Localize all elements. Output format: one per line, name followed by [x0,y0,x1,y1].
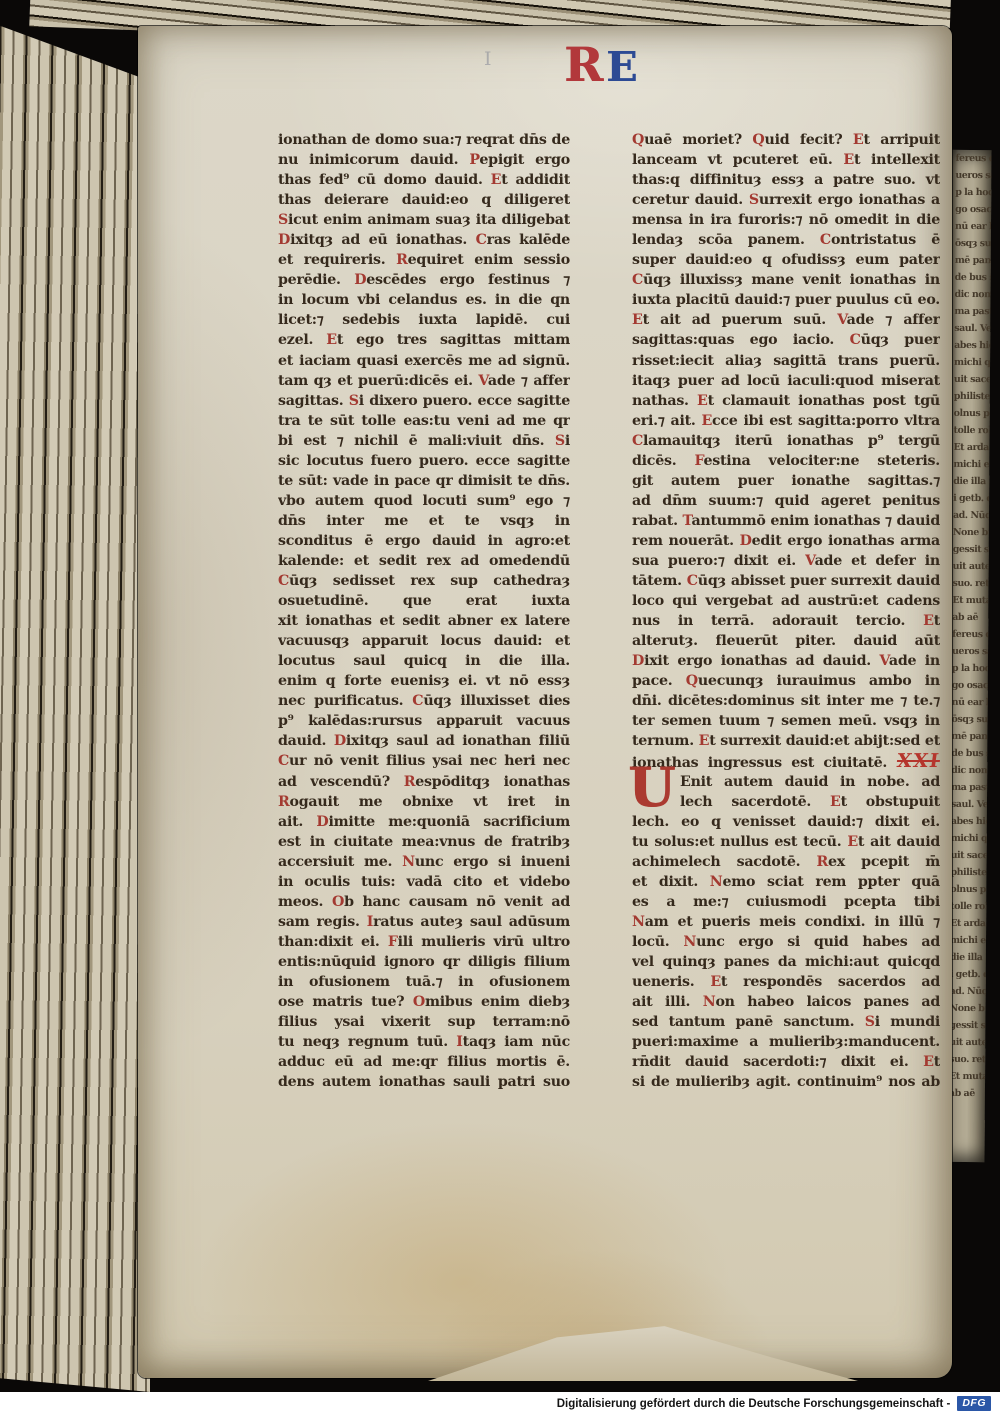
fore-edge-text-fragment: i getb. dur [950,966,986,983]
rubricated-capital: D [740,533,752,549]
fore-edge-text-fragment: ōsqȝ sub le [951,711,987,728]
rubricated-capital: E [632,312,643,328]
text-line: accersiuit me. Nunc ergo si inueni grati… [278,852,570,872]
fore-edge-text-fragment: michi eū. s [950,932,986,949]
rubricated-capital: V [879,653,888,669]
rubricated-capital: I [456,1034,462,1050]
text-line: lanceam vt pcuteret eū. Et intellexit io… [632,150,940,170]
rubricated-capital: F [388,934,398,950]
text-line: licet:⁊ sedebis iuxta lapidē. cui nomen … [278,310,570,330]
dfg-logo: DFG [957,1396,991,1411]
text-line: ionathan de domo sua:⁊ reqrat dn̄s de ma… [278,130,570,150]
text-line: thas deierare dauid:eo q diligeret illum… [278,190,570,210]
text-line: dn̄i. dicētes:dominus sit inter me ⁊ te.… [632,691,940,711]
rubricated-capital: S [555,433,565,449]
rubricated-capital: Q [686,673,698,689]
fore-edge-text-fragment: ma pasto [954,303,990,320]
rubricated-capital: R [396,252,408,268]
text-line: than:dixit ei. Fili mulieris virū ultro … [278,932,570,952]
text-line: ezel. Et ego tres sagittas mittam iuxta … [278,330,570,350]
fore-edge-text-fragment: tolle rolle [954,422,990,439]
fore-edge-text-fragment: dic nom [951,762,987,779]
fore-edge-text-fragment: uit autem [949,1034,985,1051]
fore-edge-text-fragment: philistes qu [950,864,986,881]
text-line: eri.⁊ ait. Ecce ibi est sagitta:porro vl… [632,411,940,431]
rubricated-capital: E [326,332,337,348]
text-line: lendaȝ scōa panem. Contristatus ē enim [632,230,940,250]
rubricated-capital: S [349,393,359,409]
text-line: ter semen tuum ⁊ semen meū. vsqȝ in semp… [632,711,940,731]
fore-edge-text-fragment: uit autem [953,558,989,575]
text-line: rem nouerāt. Dedit ergo ionathas arma [632,531,940,551]
fore-edge-text-fragment: tolle rolle [950,898,986,915]
rubricated-capital: N [683,934,696,950]
fore-edge-text-fragment: ōsqȝ sub le [955,235,991,252]
fore-edge-text-fragment: fereus q [952,626,988,643]
rubricated-capital: C [850,332,861,348]
rubricated-capital: O [413,994,425,1010]
text-line: sed tantum panē sanctum. Si mundi sunt [632,1012,940,1032]
text-line: si de mulieribȝ agit. continuim⁹ nos ab … [632,1072,940,1092]
rubricated-capital: S [865,1014,875,1030]
fore-edge-text-fragment: olnus p [954,405,990,422]
rubricated-capital: N [632,914,645,930]
footer-credit-bar: Digitalisierung gefördert durch die Deut… [0,1392,1000,1415]
text-line: Clamauitqȝ iterū ionathas p⁹ tergū pueri [632,431,940,451]
fore-edge-text-fragment: gessit sau [953,541,989,558]
fore-edge-text-fragment: abes hic s [954,337,990,354]
text-line: locū. Nunc ergo si quid habes ad manum. [632,932,940,952]
text-line: sconditus ē ergo dauid in agro:et venert [278,531,570,551]
text-line: Dixitqȝ ad eū ionathas. Cras kalēde sūt: [278,230,570,250]
rubricated-capital: D [278,232,290,248]
text-line: lech. eo q venisset dauid:⁊ dixit ei. Qu… [632,812,940,832]
running-title-letter-e: E [606,43,640,91]
text-line: adduc eū ad me:qr filius mortis ē. Respō… [278,1052,570,1072]
fore-edge-text-fragment: nū ear bi p [955,218,991,235]
fore-edge-text-fragment: michi qȝ [954,354,990,371]
text-line: es a me:⁊ cuiusmodi pcepta tibi dederim. [632,892,940,912]
text-line: thas fed⁹ cū domo dauid. Et addidit ion̄ [278,170,570,190]
rubricated-capital: E [847,834,858,850]
text-line: ueneris. Et respondēs sacerdos ad dauid: [632,972,940,992]
text-line: tra te sūt tolle eas:tu veni ad me qr pa… [278,411,570,431]
rubricated-capital: C [687,573,698,589]
text-line: et dixit. Nemo sciat rem ppter quā missu… [632,872,940,892]
fore-edge-text-fragment: saul. Ver an [954,320,990,337]
fore-edge-text-fragment: michi eū. s [953,456,989,473]
text-line: meos. Ob hanc causam nō venit ad men- [278,892,570,912]
text-line: bi est ⁊ nichil ē mali:viuit dn̄s. Si au… [278,431,570,451]
text-line: Quaē moriet? Quid fecit? Et arripuit sau… [632,130,940,150]
footer-credit-text: Digitalisierung gefördert durch die Deut… [557,1398,951,1410]
rubricated-capital: E [699,733,710,749]
rubricated-capital: E [853,132,864,148]
fore-edge-text-fragment: die illa a s [953,473,989,490]
rubricated-capital: C [278,753,289,769]
rubricated-capital: E [923,613,934,629]
text-line: tātem. Cūqȝ abisset puer surrexit dauid … [632,571,940,591]
text-line: est in ciuitate mea:vnus de fratribȝ mei… [278,832,570,852]
rubricated-capital: C [278,573,289,589]
text-line: p⁹ kalēdas:rursus apparuit vacuus loc⁹ [278,711,570,731]
rubricated-capital: E [830,794,841,810]
fore-edge-text-fragment: gessit sau [949,1017,985,1034]
text-line: ad vescendū? Respōditqȝ ionathas sauli: [278,772,570,792]
text-line: sua puero:⁊ dixit ei. Vade et defer in c… [632,551,940,571]
text-line: nec purificatus. Cūqȝ illuxisset dies sc… [278,691,570,711]
text-line: vacuusqȝ apparuit locus dauid: et non ē [278,631,570,651]
fore-edge-text-fragment: mē panes [951,728,987,745]
rubricated-capital: E [701,413,712,429]
text-line: ad dn̄m suum:⁊ quid ageret penitus igno- [632,491,940,511]
text-line: dens autem ionathas sauli patri suo ait. [278,1072,570,1092]
rubricated-capital: C [412,693,423,709]
text-line: super dauid:eo q ofudissȝ eum pater suus… [632,250,940,270]
rubricated-capital: N [710,874,723,890]
text-line: et requireris. Requiret enim sessio tua … [278,250,570,270]
text-line: loco qui vergebat ad austrū:et cadens p- [632,591,940,611]
fore-edge-text-fragment: nū ear bi p [952,694,988,711]
rubricated-capital: F [694,453,703,469]
fore-edge-text-fragment: suo. retim [949,1051,985,1068]
manuscript-page: I RE ionathan de domo sua:⁊ reqrat dn̄s … [138,26,952,1378]
text-line: iuxta placitū dauid:⁊ puer puulus cū eo. [632,290,940,310]
page-corner-fold [428,1325,858,1381]
fore-edge-text-fragment: olnus p [950,881,986,898]
fore-edge-text-fragment: Et ardam [950,915,986,932]
text-line: in ofusionem tuā.⁊ in ofusionem ignomini… [278,972,570,992]
text-line: in locum vbi celandus es. in die qn opar… [278,290,570,310]
fore-edge-text-fragment: go osacer [952,677,988,694]
text-line: Dixit ergo ionathas ad dauid. Vade in [632,651,940,671]
chapter-drop-cap: U [628,764,675,810]
text-line: sic locutus fuero puero. ecce sagitte vl… [278,451,570,471]
text-line: Nam et pueris meis condixi. in illū ⁊ il… [632,912,940,932]
running-title: RE [564,42,640,89]
text-line: dn̄s inter me et te vsqȝ in sempiternū. … [278,511,570,531]
text-line: in oculis tuis: vadā cito et videbo frat… [278,872,570,892]
rubricated-capital: V [837,312,846,328]
text-line: Et ait ad puerum suū. Vade ⁊ affer michi [632,310,940,330]
fore-edge-text-fragment: ueros sanc [952,643,988,660]
text-line: pueri:maxime a mulieribȝ:manducent. Et [632,1032,940,1052]
text-line: itaqȝ puer ad locū iaculi:quod miserat i… [632,371,940,391]
fore-edge-text-fragment: michi qȝ [951,830,987,847]
rubricated-capital: N [703,994,716,1010]
text-line: sam regis. Iratus auteȝ saul adūsum iona… [278,912,570,932]
fore-edge-text-fragment: ab aē [952,609,988,626]
book-scan: I RE ionathan de domo sua:⁊ reqrat dn̄s … [0,0,1000,1415]
text-column-left: ionathan de domo sua:⁊ reqrat dn̄s de ma… [278,130,570,1092]
text-line: ait. Dimitte me:quoniā sacrificium solēn… [278,812,570,832]
rubricated-capital: E [697,393,708,409]
text-line: sagittas. Si dixero puero. ecce sagitte … [278,391,570,411]
fore-edge-text-fragment: suo. retim [952,575,988,592]
fore-edge-text-fragment: de bus sa [951,745,987,762]
text-line: nu inimicorum dauid. Pepigit ergo iona [278,150,570,170]
text-line: rabat. Tantummō enim ionathas ⁊ dauid [632,511,940,531]
text-line: dicēs. Festina velociter:ne steteris. Co… [632,451,940,471]
text-line: filius ysai vixerit sup terram:nō stabil… [278,1012,570,1032]
text-line: tu neqȝ regnum tuū. Itaqȝ iam nūc mitte.… [278,1032,570,1052]
text-line: et iaciam quasi exercēs me ad signū. Mit… [278,351,570,371]
rubricated-capital: E [923,1054,934,1070]
running-title-letter-r: R [564,38,606,93]
leaf-mark: I [484,48,492,70]
text-line: ose matris tue? Omibus enim diebȝ quibȝ [278,992,570,1012]
rubricated-capital: D [632,653,644,669]
text-line: lech sacerdotē. Et obstupuit achime- [632,792,940,812]
rubricated-capital: C [632,433,643,449]
rubricated-capital: Q [632,132,644,148]
text-line: ionathas ingressus est ciuitatē.XXI [632,751,940,771]
text-line: vbo autem quod locuti sum⁹ ego ⁊ tu:sit [278,491,570,511]
text-line: ternum. Et surrexit dauid:et abijt:sed e… [632,731,940,751]
fore-edge-text-fragment: ma pasto [951,779,987,796]
rubricated-capital: I [367,914,373,930]
rubricated-capital: P [469,152,479,168]
text-line: xit ionathas et sedit abner ex latere sa… [278,611,570,631]
text-line: perēdie. Descēdes ergo festinus ⁊ venies [278,270,570,290]
fore-edge-text-fragment: mē panes [955,252,991,269]
rubricated-capital: C [476,232,487,248]
rubricated-capital: C [632,272,643,288]
text-line: sagittas:quas ego iacio. Cūqȝ puer cucur… [632,330,940,350]
fore-edge-text-fragment: ad. Nūq [950,983,986,1000]
fore-edge-text-fragment: None bu [949,1000,985,1017]
text-line: tu solus:et nullus est tecū. Et ait daui… [632,832,940,852]
text-line: tam qȝ et puerū:dicēs ei. Vade ⁊ affer m… [278,371,570,391]
fore-edge-text-fragment: Et muta [952,592,988,609]
chapter-number-xxi: XXI [896,751,940,771]
text-line: enim q forte euenisȝ ei. vt nō essȝ mund… [278,671,570,691]
rubricated-capital: V [805,553,814,569]
text-line: pace. Quecunqȝ iurauimus ambo in nomīe [632,671,940,691]
rubricated-capital: V [478,373,487,389]
rubricated-capital: S [749,192,759,208]
text-line: ceretur dauid. Surrexit ergo ionathas a [632,190,940,210]
fore-edge-text-fragment: None bu [953,524,989,541]
fore-edge-text-fragment: i getb. dur [953,490,989,507]
fore-edge-text-fragment: uit sacer [954,371,990,388]
text-line: osuetudinē. que erat iuxta parietem:surr… [278,591,570,611]
fore-edge-text-fragment: Et muta [949,1068,985,1085]
text-line: dauid. Dixitqȝ saul ad ionathan filiū su… [278,731,570,751]
fore-edge-text-fragment: philistes qu [954,388,990,405]
fore-edge-text-fragment: ab aē [949,1085,985,1102]
rubricated-capital: S [278,212,288,228]
text-line: achimelech sacdotē. Rex pcepit m̄ smonē. [632,852,940,872]
text-line: mensa in ira furoris:⁊ nō omedit in die … [632,210,940,230]
text-line: Cur nō venit filius ysai nec heri nec ho… [278,751,570,771]
text-line: Rogauit me obnixe vt iret in bethleem:et [278,792,570,812]
fore-edge-text-fragment: die illa a s [950,949,986,966]
rubricated-capital: R [278,794,290,810]
text-line: rn̄dit dauid sacerdoti:⁊ dixit ei. Et qu… [632,1052,940,1072]
rubricated-capital: O [332,894,344,910]
rubricated-capital: Q [752,132,764,148]
text-line: ait illi. Non habeo laicos panes ad manū… [632,992,940,1012]
text-line: te sūt: vade in pace qr dimisit te dn̄s.… [278,471,570,491]
text-line: locutus saul quicq in die illa. Cogitaba… [278,651,570,671]
fore-edge-text-fragment: p la hodie s [952,660,988,677]
text-line: nathas. Et clamauit ionathas post tgū pu… [632,391,940,411]
rubricated-capital: C [820,232,831,248]
text-column-right: Quaē moriet? Quid fecit? Et arripuit sau… [632,130,940,1092]
text-line: Sicut enim animam suaȝ ita diligebat eū. [278,210,570,230]
fore-edge-text-fragment: go osacer [955,201,991,218]
fore-edge-text-fragment: saul. Ver an [951,796,987,813]
fore-edge-text-fragment: fereus q [955,150,991,167]
rubricated-capital: D [334,733,346,749]
text-line: Enit autem dauid in nobe. ad achime- [632,772,940,792]
text-line: risset:iecit aliaȝ sagittā trans puerū. … [632,351,940,371]
rubricated-capital: D [354,272,366,288]
text-line: git autem puer ionathe sagittas.⁊ attuli… [632,471,940,491]
fore-edge-text-fragment: abes hic s [951,813,987,830]
text-line: Cūqȝ illuxissȝ mane venit ionathas in ag… [632,270,940,290]
fore-edge-text-fragment: ad. Nūq [953,507,989,524]
text-line: kalende: et sedit rex ad omedendū panē. [278,551,570,571]
rubricated-capital: E [491,172,502,188]
fore-edge-text-fragment: ueros sanc [955,167,991,184]
text-line: nus in terrā. adorauit tercio. Et oscula… [632,611,940,631]
page-stack-edges-left [0,12,150,1392]
rubricated-capital: N [402,854,415,870]
text-line: Cūqȝ sedisset rex sup cathedraȝ suam scō… [278,571,570,591]
text-line: alterutȝ. fleuerūt piter. dauid aūt ampl… [632,631,940,651]
text-line: vel quinqȝ panes da michi:aut quicqd in- [632,952,940,972]
fore-edge-text-fragment: p la hodie s [955,184,991,201]
rubricated-capital: E [710,974,721,990]
fore-edge-text-fragment: Et ardam [953,439,989,456]
fore-edge-text-fragment: de bus sa [955,269,991,286]
rubricated-capital: E [843,152,854,168]
rubricated-capital: D [316,814,328,830]
rubricated-capital: R [404,774,416,790]
text-line: entis:nūquid ignoro qr diligis filium ys… [278,952,570,972]
fore-edge-text-fragment: uit sacer [951,847,987,864]
rubricated-capital: R [816,854,828,870]
rubricated-capital: T [683,513,692,529]
fore-edge-text-fragment: dic nom [954,286,990,303]
text-line: thas:q diffinituȝ essȝ a patre suo. vt i… [632,170,940,190]
